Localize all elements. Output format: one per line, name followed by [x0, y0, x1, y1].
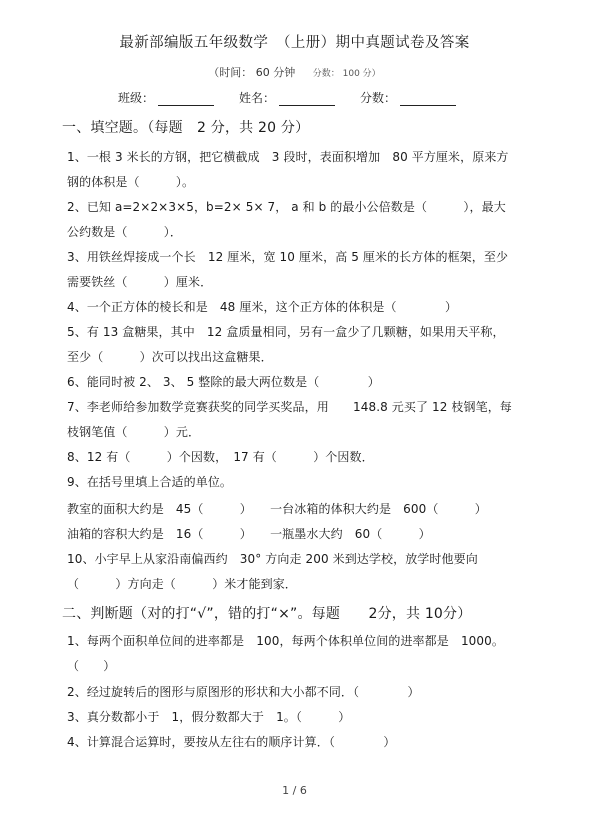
question-line: 9、在括号里填上合适的单位。	[67, 473, 232, 490]
question-line: 5、有 13 盒糖果，其中 12 盒质量相同，另有一盒少了几颗糖，如果用天平称，	[67, 323, 505, 340]
page-indicator: 1 / 6	[0, 784, 589, 797]
question-line: 2、经过旋转后的图形与原图形的形状和大小都不同．（ ）	[67, 683, 420, 700]
info-field-name: 姓名：	[239, 89, 335, 106]
question-line: 公约数是（ ）．	[67, 223, 182, 240]
question-line: 需要铁丝（ ）厘米．	[67, 273, 212, 290]
question-line: 教室的面积大约是 45（ ） 一台冰箱的体积大约是 600（ ）	[67, 500, 487, 517]
question-line: 4、计算混合运算时，要按从左往右的顺序计算．（ ）	[67, 733, 395, 750]
time-limit: （时间： 60 分钟	[208, 66, 295, 79]
total-score: 分数： 100 分）	[313, 69, 381, 79]
question-line: 4、一个正方体的棱长和是 48 厘米，这个正方体的体积是（ ）	[67, 298, 457, 315]
name-blank[interactable]	[279, 93, 335, 106]
document-title: 最新部编版五年级数学 （上册）期中真题试卷及答案	[0, 31, 589, 52]
class-blank[interactable]	[158, 93, 214, 106]
info-field-class: 班级：	[118, 89, 214, 106]
score-label: 分数：	[360, 89, 396, 106]
question-line: 油箱的容积大约是 16（ ） 一瓶墨水大约 60（ ）	[67, 525, 431, 542]
section-heading-fill-in: 一、填空题。（每题 2 分，共 20 分）	[62, 117, 309, 137]
question-line: （ ）方向走（ ）米才能到家．	[67, 575, 297, 592]
class-label: 班级：	[118, 89, 154, 106]
question-line: 8、12 有（ ）个因数， 17 有（ ）个因数．	[67, 448, 374, 465]
question-line: （ ）	[67, 657, 115, 674]
question-line: 至少（ ）次可以找出这盒糖果．	[67, 348, 273, 365]
exam-meta: （时间： 60 分钟 分数： 100 分）	[0, 64, 589, 80]
question-line: 钢的体积是（ ）。	[67, 173, 194, 190]
info-field-score: 分数：	[360, 89, 456, 106]
question-line: 3、真分数都小于 1，假分数都大于 1。（ ）	[67, 708, 350, 725]
question-line: 1、每两个面积单位间的进率都是 100，每两个体积单位间的进率都是 1000。	[67, 632, 504, 649]
question-line: 2、已知 a=2×2×3×5，b=2× 5× 7， a 和 b 的最小公倍数是（…	[67, 198, 506, 215]
score-blank[interactable]	[400, 93, 456, 106]
question-line: 7、李老师给参加数学竞赛获奖的同学买奖品，用 148.8 元买了 12 枝钢笔，…	[67, 398, 512, 415]
section-heading-true-false: 二、判断题（对的打“√”，错的打“×”。每题 2分，共 10分）	[62, 603, 471, 623]
question-line: 6、能同时被 2、 3、 5 整除的最大两位数是（ ）	[67, 373, 380, 390]
question-line: 枝钢笔值（ ）元．	[67, 423, 200, 440]
question-line: 10、小宇早上从家沿南偏西约 30° 方向走 200 米到达学校，放学时他要向	[67, 550, 478, 567]
name-label: 姓名：	[239, 89, 275, 106]
question-line: 1、一根 3 米长的方钢，把它横截成 3 段时，表面积增加 80 平方厘米，原来…	[67, 148, 509, 165]
question-line: 3、用铁丝焊接成一个长 12 厘米，宽 10 厘米，高 5 厘米的长方体的框架，…	[67, 248, 508, 265]
